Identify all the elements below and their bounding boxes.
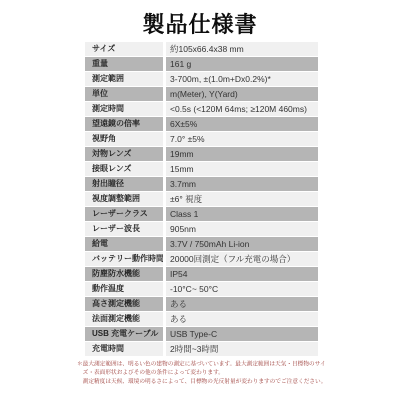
spec-label: レーザー波長 — [85, 222, 163, 236]
spec-value: 約105x66.4x38 mm — [166, 42, 318, 56]
spec-row: 視野角7.0° ±5% — [85, 132, 318, 146]
spec-value: 3-700m, ±(1.0m+Dx0.2%)* — [166, 72, 318, 86]
spec-label: 重量 — [85, 57, 163, 71]
spec-row: 高さ測定機能ある — [85, 297, 318, 311]
spec-value: 3.7mm — [166, 177, 318, 191]
spec-row: 法面測定機能ある — [85, 312, 318, 326]
spec-label: USB 充電ケーブル — [85, 327, 163, 341]
page-title: 製品仕様書 — [0, 8, 400, 39]
spec-value: ある — [166, 297, 318, 311]
spec-value: 15mm — [166, 162, 318, 176]
spec-row: サイズ約105x66.4x38 mm — [85, 42, 318, 56]
spec-sheet-page: 製品仕様書 サイズ約105x66.4x38 mm重量161 g測定範囲3-700… — [0, 0, 400, 400]
footnote-line-1: ＊最大測定範囲は、明るい色の建物の測定に基づいています。最大測定範囲は天気・目標… — [77, 359, 329, 377]
spec-row: 重量161 g — [85, 57, 318, 71]
spec-row: 射出瞳径3.7mm — [85, 177, 318, 191]
spec-value: 7.0° ±5% — [166, 132, 318, 146]
spec-label: 高さ測定機能 — [85, 297, 163, 311]
spec-value: 3.7V / 750mAh Li-ion — [166, 237, 318, 251]
spec-value: 20000回測定（フル充電の場合） — [166, 252, 318, 266]
spec-label: レーザークラス — [85, 207, 163, 221]
spec-value: USB Type-C — [166, 327, 318, 341]
spec-label: 望遠鏡の倍率 — [85, 117, 163, 131]
spec-row: 対物レンズ19mm — [85, 147, 318, 161]
spec-label: 視度調整範囲 — [85, 192, 163, 206]
spec-row: 単位m(Meter), Y(Yard) — [85, 87, 318, 101]
spec-row: 測定時間<0.5s (<120M 64ms; ≥120M 460ms) — [85, 102, 318, 116]
spec-value: ±6° 視度 — [166, 192, 318, 206]
spec-label: 給電 — [85, 237, 163, 251]
spec-label: 動作温度 — [85, 282, 163, 296]
spec-row: USB 充電ケーブルUSB Type-C — [85, 327, 318, 341]
spec-row: 動作温度-10°C~ 50°C — [85, 282, 318, 296]
spec-label: 充電時間 — [85, 342, 163, 356]
spec-label: 防塵防水機能 — [85, 267, 163, 281]
spec-row: 充電時間2時間~3時間 — [85, 342, 318, 356]
spec-value: 905nm — [166, 222, 318, 236]
spec-label: バッテリー動作時間 — [85, 252, 163, 266]
footnote-line-2: 測定精度は天候、環境の明るさによって、目標物の光反射量が変わりますのでご注意くだ… — [77, 377, 329, 386]
spec-row: レーザークラスClass 1 — [85, 207, 318, 221]
spec-label: 射出瞳径 — [85, 177, 163, 191]
spec-value: -10°C~ 50°C — [166, 282, 318, 296]
spec-value: Class 1 — [166, 207, 318, 221]
spec-label: 測定時間 — [85, 102, 163, 116]
spec-row: 視度調整範囲±6° 視度 — [85, 192, 318, 206]
spec-row: バッテリー動作時間20000回測定（フル充電の場合） — [85, 252, 318, 266]
spec-value: 161 g — [166, 57, 318, 71]
spec-value: 2時間~3時間 — [166, 342, 318, 356]
spec-label: 視野角 — [85, 132, 163, 146]
spec-table: サイズ約105x66.4x38 mm重量161 g測定範囲3-700m, ±(1… — [85, 42, 318, 357]
spec-label: 単位 — [85, 87, 163, 101]
spec-value: m(Meter), Y(Yard) — [166, 87, 318, 101]
spec-row: 給電3.7V / 750mAh Li-ion — [85, 237, 318, 251]
footnote: ＊最大測定範囲は、明るい色の建物の測定に基づいています。最大測定範囲は天気・目標… — [77, 359, 329, 385]
spec-value: 19mm — [166, 147, 318, 161]
spec-label: 法面測定機能 — [85, 312, 163, 326]
spec-row: レーザー波長905nm — [85, 222, 318, 236]
spec-value: IP54 — [166, 267, 318, 281]
spec-label: 接眼レンズ — [85, 162, 163, 176]
spec-label: 測定範囲 — [85, 72, 163, 86]
spec-value: ある — [166, 312, 318, 326]
spec-row: 測定範囲3-700m, ±(1.0m+Dx0.2%)* — [85, 72, 318, 86]
spec-row: 接眼レンズ15mm — [85, 162, 318, 176]
spec-row: 防塵防水機能IP54 — [85, 267, 318, 281]
spec-value: <0.5s (<120M 64ms; ≥120M 460ms) — [166, 102, 318, 116]
spec-row: 望遠鏡の倍率6X±5% — [85, 117, 318, 131]
spec-label: 対物レンズ — [85, 147, 163, 161]
spec-label: サイズ — [85, 42, 163, 56]
spec-value: 6X±5% — [166, 117, 318, 131]
